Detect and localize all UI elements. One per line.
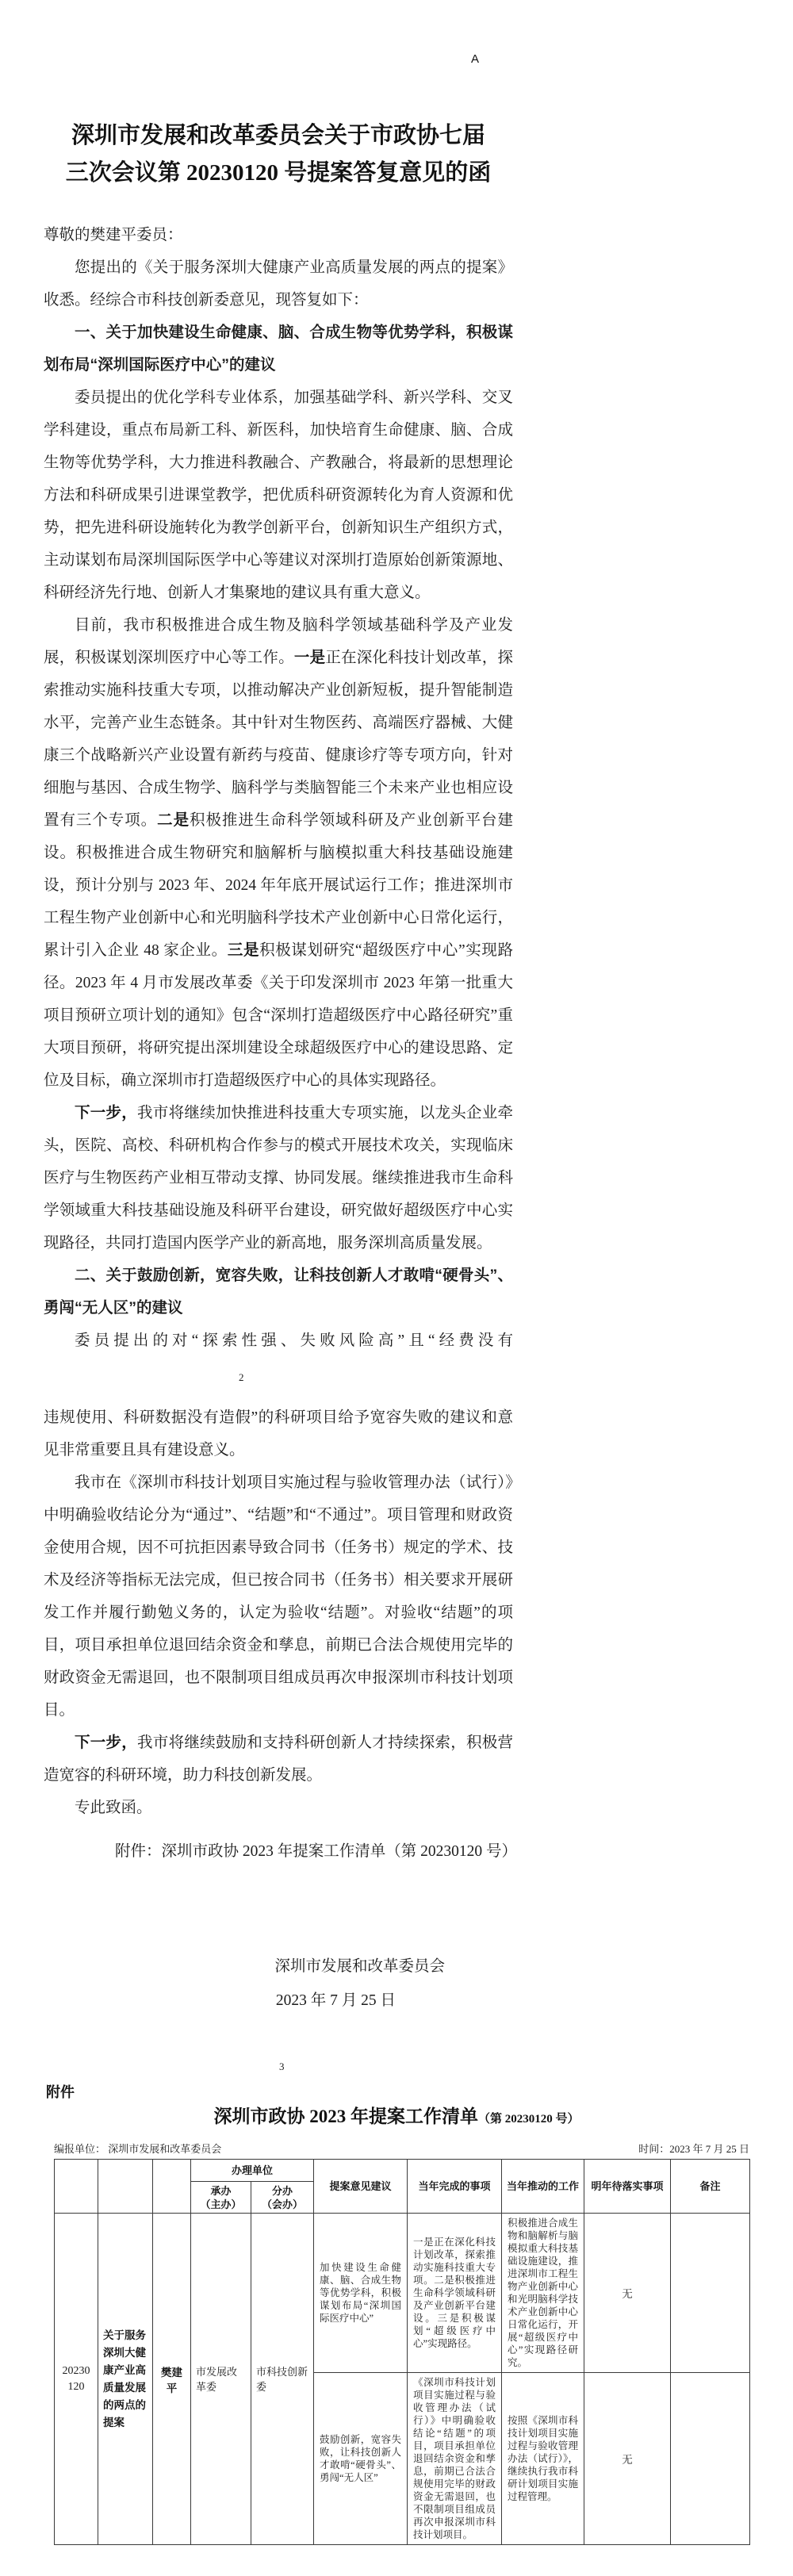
document-title-line2: 三次会议第 20230120 号提案答复意见的函 xyxy=(44,155,513,192)
table-title-number: （第 20230120 号） xyxy=(478,2113,580,2126)
header-remark: 备注 xyxy=(671,2160,750,2214)
reporting-unit: 编报单位： 深圳市发展和改革委员会 xyxy=(54,2141,221,2156)
header-completed: 当年完成的事项 xyxy=(408,2160,502,2214)
text-segment: 正在深化科技计划改革，探索推动实施科技重大专项，以推动解决产业创新短板，提升智能… xyxy=(44,650,513,829)
page-number-3: 3 xyxy=(279,2060,285,2073)
cell-main-unit: 市发展改革委 xyxy=(191,2214,251,2545)
report-time: 时间：2023 年 7 月 25 日 xyxy=(638,2141,749,2156)
attachment-table-title: 深圳市政协 2023 年提案工作清单（第 20230120 号） xyxy=(0,2102,793,2128)
text-segment: 积极谋划研究“超级医疗中心”实现路径。2023 年 4 月市发展改革委《关于印发… xyxy=(44,942,513,1089)
header-proposal-no xyxy=(55,2160,98,2214)
header-proposer xyxy=(153,2160,191,2214)
paragraph-current-work: 目前，我市积极推进合成生物及脑科学领域基础科学及产业发展，积极谋划深圳医疗中心等… xyxy=(44,609,513,1097)
proposal-worklist-table: 办理单位 提案意见建议 当年完成的事项 当年推动的工作 明年待落实事项 备注 承… xyxy=(54,2159,750,2545)
signature-org: 深圳市发展和改革委员会 xyxy=(44,1950,513,1983)
paragraph-tolerance-part2: 违规使用、科研数据没有造假”的科研项目给予宽容失败的建议和意见非常重要且具有建设… xyxy=(44,1401,513,1466)
bold-marker-second: 二是 xyxy=(157,811,190,829)
paragraph-tolerance-part1: 委员提出的对“探索性强、失败风险高”且“经费没有 xyxy=(44,1324,513,1357)
header-co-organizer: 分办 （会办） xyxy=(251,2182,314,2214)
section-heading-2: 二、关于鼓励创新，宽容失败，让科技创新人才敢啃“硬骨头”、勇闯“无人区”的建议 xyxy=(44,1259,513,1324)
scanned-document-page: { "marker_a": "A", "page1": { "title_lin… xyxy=(0,0,793,2576)
bold-next-step: 下一步， xyxy=(75,1734,137,1751)
header-next-year: 明年待落实事项 xyxy=(584,2160,671,2214)
page-number-2: 2 xyxy=(44,1371,513,1384)
signature-date: 2023 年 7 月 25 日 xyxy=(44,1984,513,2017)
cell-proposal-title: 关于服务深圳大健康产业高质量发展的两点的提案 xyxy=(98,2214,153,2545)
bold-marker-third: 三是 xyxy=(228,941,259,959)
cell-next-year-1: 无 xyxy=(584,2214,671,2373)
bold-marker-first: 一是 xyxy=(294,649,325,666)
table-row: 20230 120 关于服务深圳大健康产业高质量发展的两点的提案 樊建平 市发展… xyxy=(55,2214,750,2373)
closing-phrase: 专此致函。 xyxy=(44,1792,513,1824)
cell-promoted-2: 按照《深圳市科技计划项目实施过程与验收管理办法（试行）》，继续执行我市科研计划项… xyxy=(502,2373,584,2545)
cell-proposal-no: 20230 120 xyxy=(55,2214,98,2545)
cell-remark-2 xyxy=(671,2373,750,2545)
cell-remark-1 xyxy=(671,2214,750,2373)
bold-next-step: 下一步， xyxy=(75,1104,137,1121)
paragraph-intro: 您提出的《关于服务深圳大健康产业高质量发展的两点的提案》收悉。经综合市科技创新委… xyxy=(44,251,513,316)
cell-promoted-1: 积极推进合成生物和脑解析与脑模拟重大科技基础设施建设，推进深圳市工程生物产业创新… xyxy=(502,2214,584,2373)
header-main-undertaker: 承办 （主办） xyxy=(191,2182,251,2214)
cell-proposer: 樊建平 xyxy=(153,2214,191,2545)
section-heading-1: 一、关于加快建设生命健康、脑、合成生物等优势学科，积极谋划布局“深圳国际医疗中心… xyxy=(44,316,513,381)
text-segment: 积极推进生命科学领域科研及产业创新平台建设。积极推进合成生物研究和脑解析与脑模拟… xyxy=(44,812,513,959)
cell-completed-2: 《深圳市科技计划项目实施过程与验收管理办法（试行）》中明确验收结论“结题”的项目… xyxy=(408,2373,502,2545)
cell-co-unit: 市科技创新委 xyxy=(251,2214,314,2545)
proposal-worklist: 办理单位 提案意见建议 当年完成的事项 当年推动的工作 明年待落实事项 备注 承… xyxy=(54,2159,750,2545)
corner-marker-a: A xyxy=(471,52,479,66)
attachment-note: 附件：深圳市政协 2023 年提案工作清单（第 20230120 号） xyxy=(44,1835,513,1868)
table-meta-row: 编报单位： 深圳市发展和改革委员会 时间：2023 年 7 月 25 日 xyxy=(54,2141,749,2156)
cell-suggestion-2: 鼓励创新，宽容失败，让科技创新人才敢啃“硬骨头”、勇闯“无人区” xyxy=(314,2373,408,2545)
reply-letter: 深圳市发展和改革委员会关于市政协七届 三次会议第 20230120 号提案答复意… xyxy=(44,117,513,2017)
document-title: 深圳市发展和改革委员会关于市政协七届 三次会议第 20230120 号提案答复意… xyxy=(44,117,513,192)
header-suggestion: 提案意见建议 xyxy=(314,2160,408,2214)
header-promoted: 当年推动的工作 xyxy=(502,2160,584,2214)
cell-completed-1: 一是正在深化科技计划改革，探索推动实施科技重大专项。二是积极推进生命科学领域科研… xyxy=(408,2214,502,2373)
paragraph-acceptance-rules: 我市在《深圳市科技计划项目实施过程与验收管理办法（试行）》中明确验收结论分为“通… xyxy=(44,1466,513,1727)
attachment-label: 附件 xyxy=(46,2081,75,2102)
text-segment: 我市将继续加快推进科技重大专项实施，以龙头企业牵头，医院、高校、科研机构合作参与… xyxy=(44,1105,513,1252)
paragraph-suggestion-significance: 委员提出的优化学科专业体系，加强基础学科、新兴学科、交叉学科建设，重点布局新工科… xyxy=(44,381,513,609)
header-row-1: 办理单位 提案意见建议 当年完成的事项 当年推动的工作 明年待落实事项 备注 xyxy=(55,2160,750,2182)
table-title-main: 深圳市政协 2023 年提案工作清单 xyxy=(213,2106,478,2126)
salutation: 尊敬的樊建平委员： xyxy=(44,219,513,251)
paragraph-next-step-1: 下一步，我市将继续加快推进科技重大专项实施，以龙头企业牵头，医院、高校、科研机构… xyxy=(44,1097,513,1259)
header-handling-units: 办理单位 xyxy=(191,2160,314,2182)
cell-suggestion-1: 加快建设生命健康、脑、合成生物等优势学科，积极谋划布局“深圳国际医疗中心” xyxy=(314,2214,408,2373)
document-title-line1: 深圳市发展和改革委员会关于市政协七届 xyxy=(44,117,513,155)
header-proposal-title xyxy=(98,2160,153,2214)
cell-next-year-2: 无 xyxy=(584,2373,671,2545)
paragraph-next-step-2: 下一步，我市将继续鼓励和支持科研创新人才持续探索，积极营造宽容的科研环境，助力科… xyxy=(44,1727,513,1792)
